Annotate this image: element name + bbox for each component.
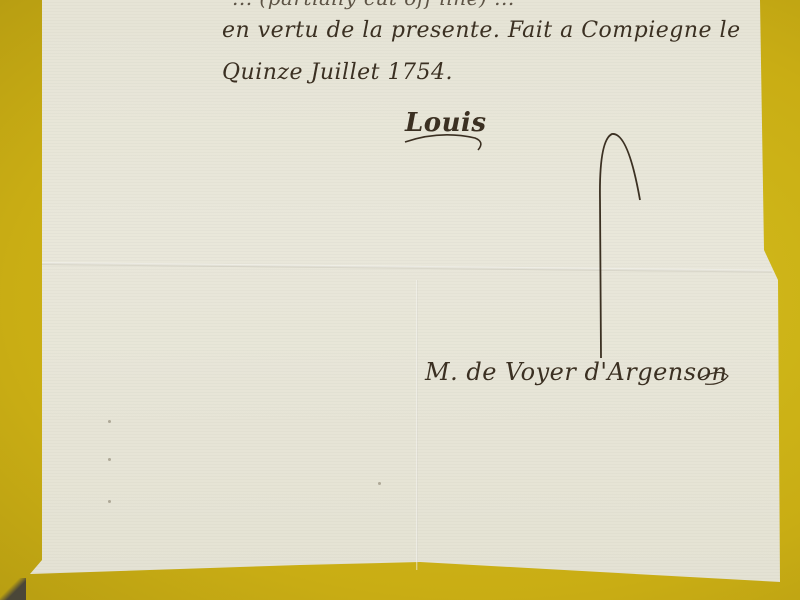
- dark-object-corner: [0, 578, 26, 600]
- pinhole: [378, 482, 381, 485]
- vertical-fold-crease: [416, 280, 418, 570]
- signature-minister: M. de Voyer d'Argenson: [425, 358, 727, 386]
- pinhole: [108, 458, 111, 461]
- text-line-2: Quinze Juillet 1754.: [222, 60, 453, 85]
- document-paper: [0, 0, 800, 600]
- text-line-1: en vertu de la presente. Fait a Compiegn…: [222, 18, 741, 43]
- signature-king: Louis: [405, 108, 487, 138]
- pinhole: [108, 420, 111, 423]
- text-line-cutoff: ... (partially cut off line) ...: [232, 0, 515, 10]
- pinhole: [108, 500, 111, 503]
